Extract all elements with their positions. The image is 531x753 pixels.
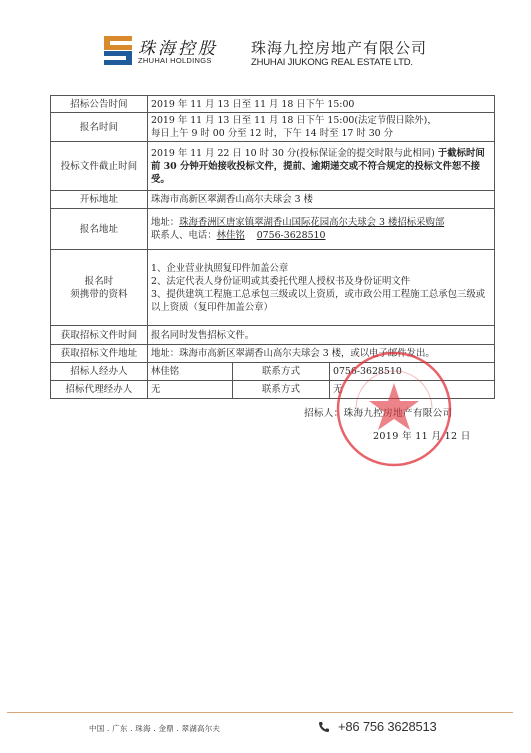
row-label: 报名地址 [51,209,148,250]
table-row: 获取招标文件地址 地址：珠海市高新区翠湖香山高尔夫球会 3 楼，或以电子邮件发出… [51,345,495,363]
tender-info-table: 招标公告时间 2019 年 11 月 13 日至 11 月 18 日下午 15:… [50,95,495,399]
company-name-cn: 珠海九控房地产有限公司 [251,37,427,58]
footer-phone: +86 756 3628513 [338,719,437,734]
company-name-en: ZHUHAI JIUKONG REAL ESTATE LTD. [251,57,413,68]
row-label: 开标地址 [51,191,148,209]
zhuhai-holdings-logo-icon [104,36,132,66]
row-label: 获取招标文件地址 [51,345,148,363]
table-row: 招标代理经办人 无 联系方式 无 [51,381,495,399]
value-line: 每日上午 9 时 00 分至 12 时，下午 14 时至 17 时 30 分 [151,127,491,140]
phone-icon [318,721,330,733]
contact-label: 联系方式 [233,363,330,381]
value-line: 2019 年 11 月 13 日至 11 月 18 日下午 15:00(法定节假… [151,114,491,127]
row-value: 报名同时发售招标文件。 [148,326,495,345]
row-label: 报名时间 [51,113,148,142]
requirement-item: 3、提供建筑工程施工总承包三级或以上资质，或市政公用工程施工总承包三级或以上资质… [151,288,491,314]
row-label: 报名时 须携带的资料 [51,250,148,326]
row-label: 招标公告时间 [51,96,148,113]
table-row: 获取招标文件时间 报名同时发售招标文件。 [51,326,495,345]
contact-name: 林佳铭 [217,230,245,241]
table-row: 报名时间 2019 年 11 月 13 日至 11 月 18 日下午 15:00… [51,113,495,142]
address-prefix: 地址： [151,217,179,228]
registration-address: 地址：珠海香洲区唐家镇翠湖香山国际花园高尔夫球会 3 楼招标采购部 [151,216,491,229]
contact-label: 联系方式 [233,381,330,399]
row-value: 林佳铭 [148,363,233,381]
row-value: 地址：珠海香洲区唐家镇翠湖香山国际花园高尔夫球会 3 楼招标采购部 联系人、电话… [148,209,495,250]
contact-value: 0756-3628510 [330,363,495,381]
requirement-item: 2、法定代表人身份证明或其委托代理人授权书及身份证明文件 [151,275,491,288]
table-row: 招标公告时间 2019 年 11 月 13 日至 11 月 18 日下午 15:… [51,96,495,113]
contact-phone: 0756-3628510 [257,230,326,241]
row-label: 获取招标文件时间 [51,326,148,345]
contact-value: 无 [330,381,495,399]
label-line: 报名时 [54,275,144,288]
holdings-name-en: ZHUHAI HOLDINGS [138,56,212,65]
row-label: 投标文件截止时间 [51,142,148,191]
row-value: 无 [148,381,233,399]
table-row: 投标文件截止时间 2019 年 11 月 22 日 10 时 30 分(投标保证… [51,142,495,191]
registration-contact: 联系人、电话：林佳铭 0756-3628510 [151,229,491,242]
row-label: 招标代理经办人 [51,381,148,399]
issue-date: 2019 年 11 月 12 日 [373,428,471,442]
row-value: 2019 年 11 月 13 日至 11 月 18 日下午 15:00(法定节假… [148,113,495,142]
row-label: 招标人经办人 [51,363,148,381]
table-row: 报名地址 地址：珠海香洲区唐家镇翠湖香山国际花园高尔夫球会 3 楼招标采购部 联… [51,209,495,250]
row-value: 珠海市高新区翠湖香山高尔夫球会 3 楼 [148,191,495,209]
table-row: 报名时 须携带的资料 1、企业营业执照复印件加盖公章 2、法定代表人身份证明或其… [51,250,495,326]
label-line: 须携带的资料 [54,288,144,301]
table-row: 招标人经办人 林佳铭 联系方式 0756-3628510 [51,363,495,381]
contact-prefix: 联系人、电话： [151,230,217,241]
letterhead: 珠海控股 ZHUHAI HOLDINGS 珠海九控房地产有限公司 ZHUHAI … [0,0,531,85]
footer-address: 中国 . 广东 . 珠海 . 金鼎 . 翠湖高尔夫 [89,723,220,734]
footer-divider [7,712,513,713]
row-value: 2019 年 11 月 13 日至 11 月 18 日下午 15:00 [148,96,495,113]
deadline-text: 2019 年 11 月 22 日 10 时 30 分(投标保证金的提交时限与此相… [151,148,435,159]
row-value: 地址：珠海市高新区翠湖香山高尔夫球会 3 楼，或以电子邮件发出。 [148,345,495,363]
requirement-item: 1、企业营业执照复印件加盖公章 [151,262,491,275]
address-text: 珠海香洲区唐家镇翠湖香山国际花园高尔夫球会 3 楼招标采购部 [179,217,444,228]
row-value: 1、企业营业执照复印件加盖公章 2、法定代表人身份证明或其委托代理人授权书及身份… [148,250,495,326]
issuer-signature: 招标人：珠海九控房地产有限公司 [304,405,452,419]
row-value: 2019 年 11 月 22 日 10 时 30 分(投标保证金的提交时限与此相… [148,142,495,191]
table-row: 开标地址 珠海市高新区翠湖香山高尔夫球会 3 楼 [51,191,495,209]
